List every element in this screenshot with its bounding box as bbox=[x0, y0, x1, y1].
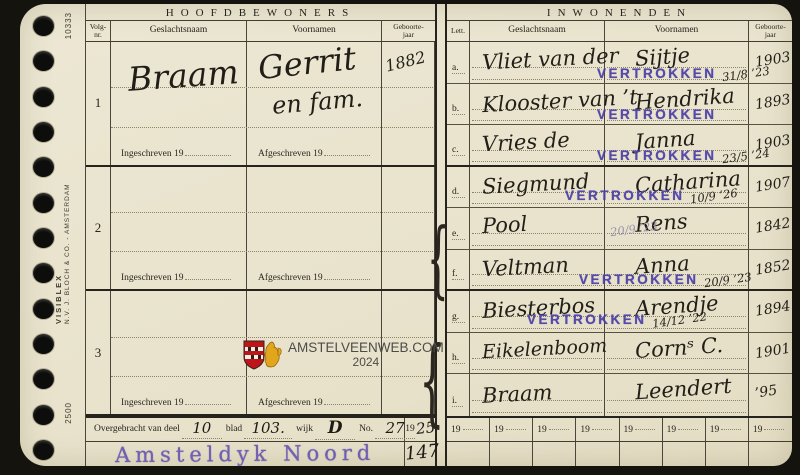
inwonenden-column-headers: Lett. Geslachtsnaam Voornamen Geboorte-j… bbox=[447, 21, 792, 42]
inwonende-row-f: f. Veltman Anna 1852 VERTROKKEN20/9 ’23 bbox=[447, 250, 792, 292]
hoofdbewoners-title: HOOFDBEWONERS bbox=[86, 4, 435, 21]
handwritten-year: 1852 bbox=[754, 257, 792, 278]
inwonende-row-g: g. Biesterbos Arendje 1894 VERTROKKEN14/… bbox=[447, 291, 792, 333]
handwritten-year: 1893. bbox=[754, 91, 792, 113]
deel-value: 10 bbox=[192, 419, 211, 437]
pencil-date: 20/9 ’23 bbox=[609, 219, 658, 240]
vertrokken-stamp: VERTROKKEN bbox=[527, 312, 647, 327]
empty-cells-row bbox=[447, 442, 792, 466]
handwritten-surname: Vries de bbox=[481, 128, 570, 157]
handwritten-surname: Eikelenboom bbox=[482, 335, 608, 364]
house-number-cell: 147 bbox=[405, 442, 439, 466]
year-cells-row: 19 19 19 19 19 19 19 19 bbox=[447, 416, 792, 442]
inwonende-row-b: b. Klooster van ’t Hendrika 1893. VERTRO… bbox=[447, 84, 792, 126]
inwonenden-rows: a. Vliet van der Sijtje 1903 VERTROKKEN3… bbox=[447, 42, 792, 416]
handwritten-25: 25 bbox=[415, 419, 436, 439]
col-geboortejaar: Geboorte-jaar bbox=[749, 21, 792, 41]
inwonende-row-c: c. Vries de Janna 1903 VERTROKKEN23/5 ’2… bbox=[447, 125, 792, 167]
amstelveen-crest-icon bbox=[242, 340, 284, 370]
col-geslachtsnaam: Geslachtsnaam bbox=[470, 21, 605, 41]
col-lett: Lett. bbox=[447, 21, 470, 41]
col-geboortejaar: Geboorte-jaar bbox=[382, 21, 435, 41]
volgnr-1: 1 bbox=[86, 42, 111, 165]
wijk-value: D bbox=[328, 418, 343, 438]
inwonenden-table: INWONENDEN Lett. Geslachtsnaam Voornamen… bbox=[445, 4, 792, 466]
departure-date: 31/8 ’23 bbox=[721, 63, 770, 84]
volgnr-3: 3 bbox=[86, 291, 111, 414]
vertrokken-stamp: VERTROKKEN bbox=[579, 272, 699, 287]
year-1925-cell: 1925 bbox=[405, 418, 435, 441]
ingeschreven-label: Ingeschreven 19 bbox=[121, 398, 231, 408]
amsteldyk-noord-stamp: Amsteldyk Noord bbox=[115, 441, 375, 466]
hoofdbewoners-table: HOOFDBEWONERS Volg-nr. Geslachtsnaam Voo… bbox=[85, 4, 437, 466]
col-volgnr: Volg-nr. bbox=[86, 21, 111, 41]
vertrokken-stamp: VERTROKKEN bbox=[565, 188, 685, 203]
hoofdbewoners-column-headers: Volg-nr. Geslachtsnaam Voornamen Geboort… bbox=[86, 21, 435, 42]
scanned-register-card: 10333 VISIBLEX N.V. J. BLOCH & CO. - AMS… bbox=[0, 0, 800, 475]
street-stamp-cell: Amsteldyk Noord bbox=[86, 442, 405, 466]
inwonenden-title: INWONENDEN bbox=[447, 4, 792, 21]
handwritten-year: 1907 bbox=[754, 174, 792, 195]
overgebracht-row: Overgebracht van deel 10 blad 103. wijk … bbox=[86, 416, 435, 442]
afgeschreven-label: Afgeschreven 19 bbox=[258, 273, 370, 283]
hoofdbewoner-block-2: 2 Ingeschreven 19 Afgeschreven 19 bbox=[86, 167, 435, 292]
handwritten-147: 147 bbox=[404, 441, 440, 465]
col-geslachtsnaam: Geslachtsnaam bbox=[111, 21, 247, 41]
printer-address: N.V. J. BLOCH & CO. - AMSTERDAM bbox=[64, 154, 71, 324]
departure-date: 10/9 ’26 bbox=[689, 186, 738, 207]
vertrokken-stamp: VERTROKKEN bbox=[597, 107, 717, 122]
departure-date: 14/12 ’22 bbox=[651, 309, 708, 331]
form-number-top: 10333 bbox=[64, 12, 73, 39]
card-paper: 10333 VISIBLEX N.V. J. BLOCH & CO. - AMS… bbox=[20, 4, 792, 466]
printer-imprint: VISIBLEX N.V. J. BLOCH & CO. - AMSTERDAM bbox=[54, 154, 71, 324]
departure-date: 23/5 ’24 bbox=[721, 145, 770, 166]
col-voornamen: Voornamen bbox=[605, 21, 749, 41]
vertrokken-stamp: VERTROKKEN bbox=[597, 66, 717, 81]
handwritten-year: 1901. bbox=[754, 340, 792, 362]
afgeschreven-label: Afgeschreven 19 bbox=[258, 149, 370, 159]
handwritten-year: ’95 bbox=[754, 383, 778, 402]
no-value: 27 bbox=[386, 419, 405, 437]
amstelveenweb-watermark: AMSTELVEENWEB.COM 2024 bbox=[242, 340, 444, 370]
handwritten-surname: Veltman bbox=[481, 253, 569, 282]
vertrokken-stamp: VERTROKKEN bbox=[597, 148, 717, 163]
blad-value: 103. bbox=[251, 419, 284, 437]
hoofdbewoner-block-1: 1 Braam Gerrit en fam. 1882 Ingeschreven… bbox=[86, 42, 435, 167]
ingeschreven-label: Ingeschreven 19 bbox=[121, 149, 231, 159]
handwritten-surname: Braam bbox=[127, 52, 240, 99]
watermark-text: AMSTELVEENWEB.COM bbox=[288, 340, 444, 356]
binding-holes bbox=[33, 16, 55, 460]
inwonende-row-h: h. Eikelenboom Cornˢ C. 1901. bbox=[447, 333, 792, 375]
handwritten-year: 1894 bbox=[754, 299, 792, 320]
handwritten-firstname: Cornˢ C. bbox=[634, 333, 723, 363]
afgeschreven-label: Afgeschreven 19 bbox=[258, 398, 370, 408]
overgebracht-cell: Overgebracht van deel 10 blad 103. wijk … bbox=[86, 418, 405, 441]
handwritten-year: 1842 bbox=[754, 216, 792, 237]
departure-date: 20/9 ’23 bbox=[703, 270, 752, 291]
col-voornamen: Voornamen bbox=[247, 21, 382, 41]
inwonende-row-i: i. Braam Leendert ’95 bbox=[447, 374, 792, 416]
inwonende-row-e: e. Pool Rens 1842 20/9 ’23 bbox=[447, 208, 792, 250]
printer-brand: VISIBLEX bbox=[54, 154, 63, 324]
handwritten-surname: Braam bbox=[481, 381, 553, 409]
volgnr-2: 2 bbox=[86, 167, 111, 290]
form-number-bottom: 2500 bbox=[64, 402, 73, 424]
ingeschreven-label: Ingeschreven 19 bbox=[121, 273, 231, 283]
handwritten-firstname: Leendert bbox=[634, 374, 732, 405]
inwonende-row-d: d. Siegmund Catharina 1907 VERTROKKEN10/… bbox=[447, 167, 792, 209]
street-stamp-row: Amsteldyk Noord 147 bbox=[86, 442, 435, 466]
watermark-year: 2024 bbox=[288, 356, 444, 370]
inwonende-row-a: a. Vliet van der Sijtje 1903 VERTROKKEN3… bbox=[447, 42, 792, 84]
handwritten-surname: Pool bbox=[481, 212, 527, 238]
